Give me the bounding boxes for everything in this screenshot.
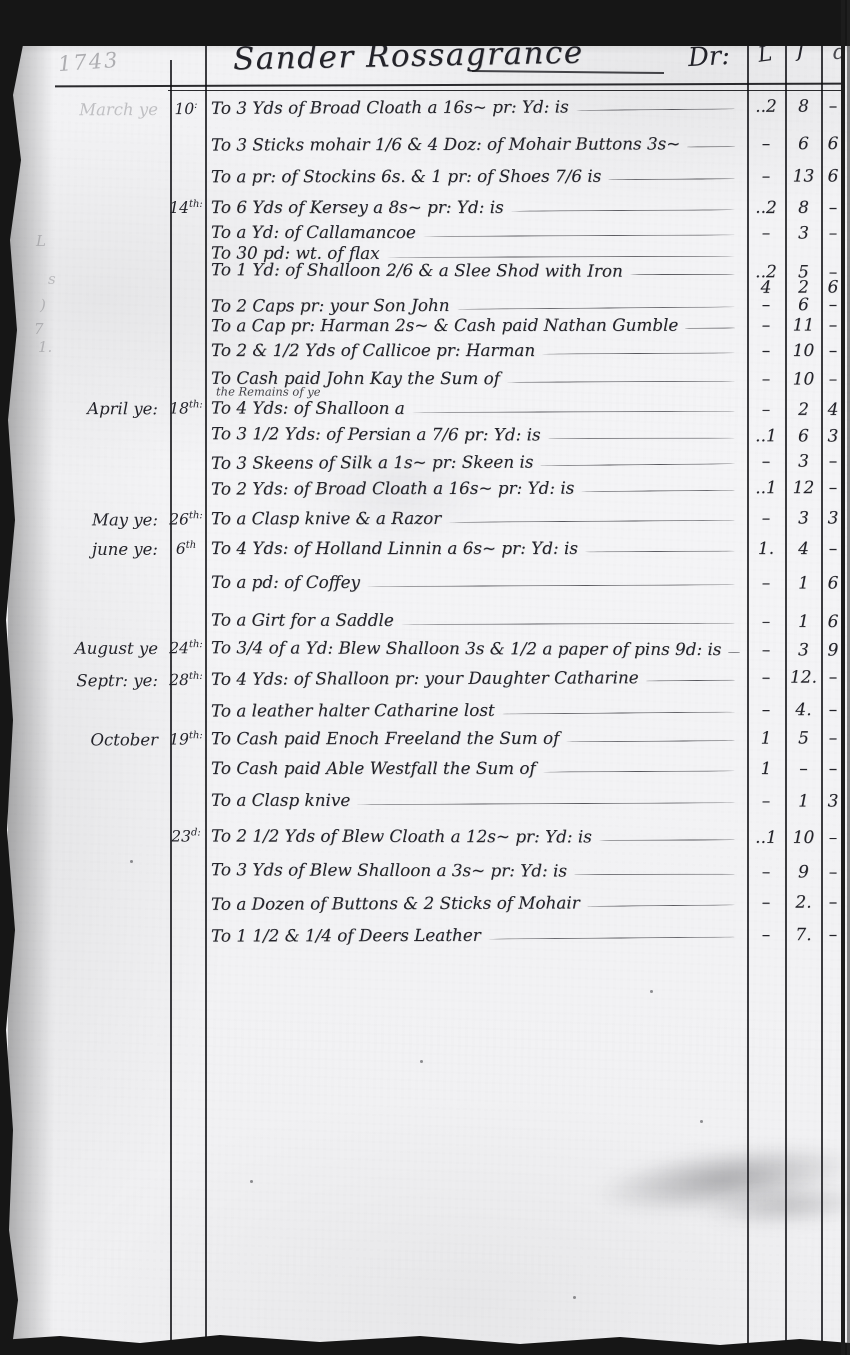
ledger-row: To Cash paid John Kay the Sum of – 10 –	[0, 367, 850, 392]
row-pounds-value: –	[747, 369, 785, 389]
page-edge-right	[841, 0, 845, 1355]
ledger-row: To 3 Skeens of Silk a 1s~ pr: Skeen is –…	[0, 450, 850, 477]
ledger-row: To 1 1/2 & 1/4 of Deers Leather – 7. –	[0, 924, 850, 950]
row-shillings-value: 11	[786, 316, 821, 336]
row-shillings-value: 12.	[786, 668, 821, 688]
row-shillings-value: 6	[786, 295, 821, 315]
row-description: To Cash paid Able Westfall the Sum of	[211, 758, 743, 778]
flourish-dash	[608, 178, 735, 180]
row-entry-text: To 3 1/2 Yds: of Persian a 7/6 pr: Yd: i…	[211, 423, 541, 444]
flourish-dash	[540, 463, 735, 466]
row-day: 14th:	[167, 199, 205, 217]
row-day: 10:	[167, 100, 205, 118]
row-pounds-value: –	[747, 167, 785, 187]
flourish-dash	[448, 520, 735, 523]
row-entry-text: To 3 Yds of Broad Cloath a 16s~ pr: Yd: …	[211, 96, 569, 117]
row-description: To 3 Yds of Blew Shalloon a 3s~ pr: Yd: …	[211, 859, 743, 881]
row-pounds-value: ..2	[747, 97, 785, 117]
ledger-row: To 2 Yds: of Broad Cloath a 16s~ pr: Yd:…	[0, 477, 850, 503]
row-pounds-value: –	[747, 400, 785, 420]
row-entry-text: To a Girt for a Saddle	[211, 609, 394, 629]
row-entry-text: To 4 Yds: of Shalloon pr: your Daughter …	[211, 667, 639, 689]
row-shillings-value: 8	[786, 198, 821, 218]
flourish-dash	[685, 327, 735, 328]
ledger-row: April ye: 18th: the Remains of ye To 4 Y…	[0, 397, 850, 423]
ledger-page-scan: 1743 Sander Rossagrance Dr: L ſ d L s ) …	[0, 0, 850, 1355]
row-entry-text: To 4 Yds: of Holland Linnin a 6s~ pr: Yd…	[211, 538, 578, 558]
ledger-row: March ye 10: To 3 Yds of Broad Cloath a …	[0, 95, 850, 122]
flourish-dash	[587, 904, 735, 906]
row-shillings-value: 5	[786, 729, 821, 749]
row-description: To 2 & 1/2 Yds of Callicoe pr: Harman	[211, 340, 743, 360]
row-pounds-value: –	[747, 223, 785, 243]
ledger-row: To a pd: of Coffey – 1 6	[0, 571, 850, 596]
row-pounds-value: –	[747, 612, 785, 632]
row-entry-text: To Cash paid Enoch Freeland the Sum of	[211, 728, 559, 748]
ledger-row: To 2 & 1/2 Yds of Callicoe pr: Harman – …	[0, 340, 850, 364]
row-shillings-value: 8	[786, 97, 821, 117]
row-description: To a Clasp knive & a Razor	[211, 508, 743, 529]
flourish-dash	[543, 770, 735, 772]
row-entry-text: To a Clasp knive	[211, 790, 350, 810]
flourish-dash	[502, 712, 735, 715]
row-shillings-value: 6	[786, 134, 821, 154]
row-entry-text: To a Cap pr: Harman 2s~ & Cash paid Nath…	[211, 315, 678, 336]
flourish-dash	[423, 234, 735, 237]
torn-edge-top	[0, 0, 850, 46]
row-description: To 3 1/2 Yds: of Persian a 7/6 pr: Yd: i…	[211, 423, 743, 445]
row-description: To 2 Caps pr: your Son John	[211, 294, 743, 315]
flourish-dash	[687, 146, 735, 147]
ledger-row: To a leather halter Catharine lost – 4. …	[0, 699, 850, 725]
row-shillings-value: –	[786, 759, 821, 779]
row-description: To a Girt for a Saddle	[211, 609, 743, 630]
row-description: To Cash paid Enoch Freeland the Sum of	[211, 728, 743, 749]
flourish-dash	[507, 381, 735, 383]
row-pounds-value: ..2	[747, 198, 785, 218]
ledger-row: To a Cap pr: Harman 2s~ & Cash paid Nath…	[0, 314, 850, 339]
flourish-dash	[576, 108, 735, 111]
row-entry-text: To 3 Skeens of Silk a 1s~ pr: Skeen is	[211, 452, 534, 473]
row-pounds-value: –	[747, 295, 785, 315]
ledger-row: To a Dozen of Buttons & 2 Sticks of Moha…	[0, 891, 850, 918]
ledger-row: 14th: To 6 Yds of Kersey a 8s~ pr: Yd: i…	[0, 197, 850, 221]
flourish-dash	[728, 652, 740, 653]
ledger-row: june ye: 6th To 4 Yds: of Holland Linnin…	[0, 538, 850, 562]
flourish-dash	[585, 551, 735, 553]
ink-speck	[130, 860, 133, 863]
row-shillings-value: 4.	[786, 700, 821, 720]
row-shillings-value: 1	[786, 573, 821, 593]
flourish-dash	[542, 352, 735, 354]
flourish-dash	[488, 936, 735, 939]
row-day: 26th:	[167, 510, 205, 528]
row-pounds-value: –	[747, 573, 785, 593]
row-entry-text: To 3 Yds of Blew Shalloon a 3s~ pr: Yd: …	[211, 859, 567, 880]
flourish-dash	[574, 874, 735, 875]
ledger-row: October 19th: To Cash paid Enoch Freelan…	[0, 727, 850, 752]
flourish-dash	[581, 490, 735, 492]
row-description: To a leather halter Catharine lost	[211, 699, 743, 720]
row-entry-text: To a Dozen of Buttons & 2 Sticks of Moha…	[211, 892, 580, 913]
ink-speck	[650, 990, 653, 993]
row-shillings-value: 12	[786, 478, 821, 498]
row-description: To 3/4 of a Yd: Blew Shalloon 3s & 1/2 a…	[211, 637, 743, 659]
row-shillings-value: 3	[786, 452, 821, 472]
ledger-row: To a Clasp knive – 1 3	[0, 789, 850, 814]
row-day: 23d:	[167, 827, 205, 845]
row-pounds-value: –	[747, 700, 785, 720]
row-shillings-value: 6	[786, 426, 821, 446]
row-entry-text: To a pd: of Coffey	[211, 572, 360, 592]
row-description: To 1 1/2 & 1/4 of Deers Leather	[211, 924, 743, 945]
row-entry-text: To a Yd: of Callamancoe	[211, 222, 416, 242]
row-shillings-value: 13	[786, 167, 821, 187]
row-pounds-value: –	[747, 509, 785, 529]
flourish-dash	[367, 584, 735, 587]
row-entry-text: To 2 1/2 Yds of Blew Cloath a 12s~ pr: Y…	[211, 825, 592, 846]
ledger-row: To 3 Yds of Blew Shalloon a 3s~ pr: Yd: …	[0, 858, 850, 885]
row-shillings-value: 3	[786, 509, 821, 529]
row-pounds-value: –	[747, 791, 785, 811]
row-description: To 4 Yds: of Holland Linnin a 6s~ pr: Yd…	[211, 538, 743, 558]
ledger-row: May ye: 26th: To a Clasp knive & a Razor…	[0, 507, 850, 532]
row-entry-text: To 4 Yds: of Shalloon a	[211, 397, 405, 417]
flourish-dash	[646, 680, 735, 682]
row-shillings-value: 4	[786, 539, 821, 559]
row-description: To a Yd: of Callamancoe	[211, 222, 743, 243]
row-description: To a Dozen of Buttons & 2 Sticks of Moha…	[211, 892, 743, 914]
ledger-row: Septr: ye: 28th: To 4 Yds: of Shalloon p…	[0, 666, 850, 693]
row-pounds-value: –	[747, 134, 785, 154]
row-shillings-value: 1	[786, 612, 821, 632]
row-pounds-value: –	[747, 893, 785, 913]
row-shillings-value: 10	[786, 369, 821, 389]
row-entry-text: To Cash paid Able Westfall the Sum of	[211, 758, 536, 778]
row-pounds-value: –	[747, 640, 785, 660]
ledger-row: To a pr: of Stockins 6s. & 1 pr: of Shoe…	[0, 165, 850, 190]
row-description: To a pd: of Coffey	[211, 572, 743, 593]
row-pounds-value: –	[747, 862, 785, 882]
row-entry-text: To 1 1/2 & 1/4 of Deers Leather	[211, 925, 481, 946]
row-entry-text: To 3 Sticks mohair 1/6 & 4 Doz: of Mohai…	[211, 133, 680, 154]
row-day: 24th:	[167, 639, 205, 657]
ledger-row: To 3 Sticks mohair 1/6 & 4 Doz: of Mohai…	[0, 133, 850, 159]
flourish-dash	[387, 256, 735, 258]
flourish-dash	[599, 839, 735, 840]
row-pounds-value: 1	[747, 759, 785, 779]
row-shillings-value: 10	[786, 341, 821, 361]
row-entry-text: To 2 Yds: of Broad Cloath a 16s~ pr: Yd:…	[211, 478, 574, 499]
ledger-row: To a Girt for a Saddle – 1 6	[0, 609, 850, 635]
ledger-row: To Cash paid Able Westfall the Sum of 1 …	[0, 758, 850, 782]
ledger-row: To 3 1/2 Yds: of Persian a 7/6 pr: Yd: i…	[0, 422, 850, 449]
row-pounds-value: 1.	[747, 539, 785, 559]
flourish-dash	[357, 802, 735, 805]
row-pounds-value: –	[747, 341, 785, 361]
row-pounds-value: ..1	[747, 828, 785, 848]
row-pounds-value: ..1	[747, 426, 785, 446]
ink-speck	[573, 1296, 576, 1299]
ledger-row: 23d: To 2 1/2 Yds of Blew Cloath a 12s~ …	[0, 825, 850, 851]
row-description: To 4 Yds: of Shalloon a	[211, 397, 743, 418]
row-entry-text: To a Clasp knive & a Razor	[211, 508, 441, 528]
row-entry-text: To a leather halter Catharine lost	[211, 700, 495, 721]
row-pounds-value: –	[747, 452, 785, 472]
row-pounds-value: 1	[747, 729, 785, 749]
flourish-dash	[548, 438, 735, 439]
row-shillings-value: 3	[786, 223, 821, 243]
flourish-dash	[401, 623, 735, 625]
ink-speck	[250, 1180, 253, 1183]
row-pounds-value: –	[747, 925, 785, 945]
flourish-dash	[511, 209, 735, 211]
row-shillings-value: 10	[786, 828, 821, 848]
row-description: To a Cap pr: Harman 2s~ & Cash paid Nath…	[211, 315, 743, 336]
row-entry-text: To 6 Yds of Kersey a 8s~ pr: Yd: is	[211, 197, 504, 217]
row-day: 28th:	[167, 671, 205, 689]
row-description: To 4 Yds: of Shalloon pr: your Daughter …	[211, 667, 743, 689]
row-description: To a Clasp knive	[211, 790, 743, 811]
row-shillings-value: 2.	[786, 893, 821, 913]
row-entry-text: To 2 & 1/2 Yds of Callicoe pr: Harman	[211, 340, 535, 360]
ink-speck	[700, 1120, 703, 1123]
row-shillings-value: 7.	[786, 925, 821, 945]
flourish-dash	[412, 411, 735, 413]
row-day: 6th	[167, 540, 205, 558]
row-description: To 3 Skeens of Silk a 1s~ pr: Skeen is	[211, 451, 743, 473]
row-description: To 3 Sticks mohair 1/6 & 4 Doz: of Mohai…	[211, 133, 743, 154]
row-pounds-value: ..1	[747, 478, 785, 498]
ledger-row: August ye 24th: To 3/4 of a Yd: Blew Sha…	[0, 636, 850, 663]
row-description: To 2 1/2 Yds of Blew Cloath a 12s~ pr: Y…	[211, 825, 743, 846]
row-entry-text: To a pr: of Stockins 6s. & 1 pr: of Shoe…	[211, 166, 601, 186]
row-shillings-value: 3	[786, 640, 821, 660]
row-entry-text: To 2 Caps pr: your Son John	[211, 295, 450, 316]
header-rule-lower	[168, 90, 845, 91]
row-entry-text: To 3/4 of a Yd: Blew Shalloon 3s & 1/2 a…	[211, 637, 722, 659]
row-pounds-value: –	[747, 668, 785, 688]
row-shillings-value: 2	[786, 400, 821, 420]
row-description: To 6 Yds of Kersey a 8s~ pr: Yd: is	[211, 197, 743, 217]
row-shillings-value: 9	[786, 862, 821, 882]
row-description: To 2 Yds: of Broad Cloath a 16s~ pr: Yd:…	[211, 477, 743, 498]
row-description: To 3 Yds of Broad Cloath a 16s~ pr: Yd: …	[211, 96, 743, 118]
row-shillings-value: 1	[786, 791, 821, 811]
flourish-dash	[630, 274, 735, 275]
row-pounds-value: –	[747, 316, 785, 336]
ink-speck	[420, 1060, 423, 1063]
row-day: 18th:	[167, 399, 205, 417]
row-day: 19th:	[167, 730, 205, 748]
row-description: To a pr: of Stockins 6s. & 1 pr: of Shoe…	[211, 166, 743, 187]
flourish-dash	[566, 740, 735, 742]
flourish-dash	[457, 306, 735, 309]
